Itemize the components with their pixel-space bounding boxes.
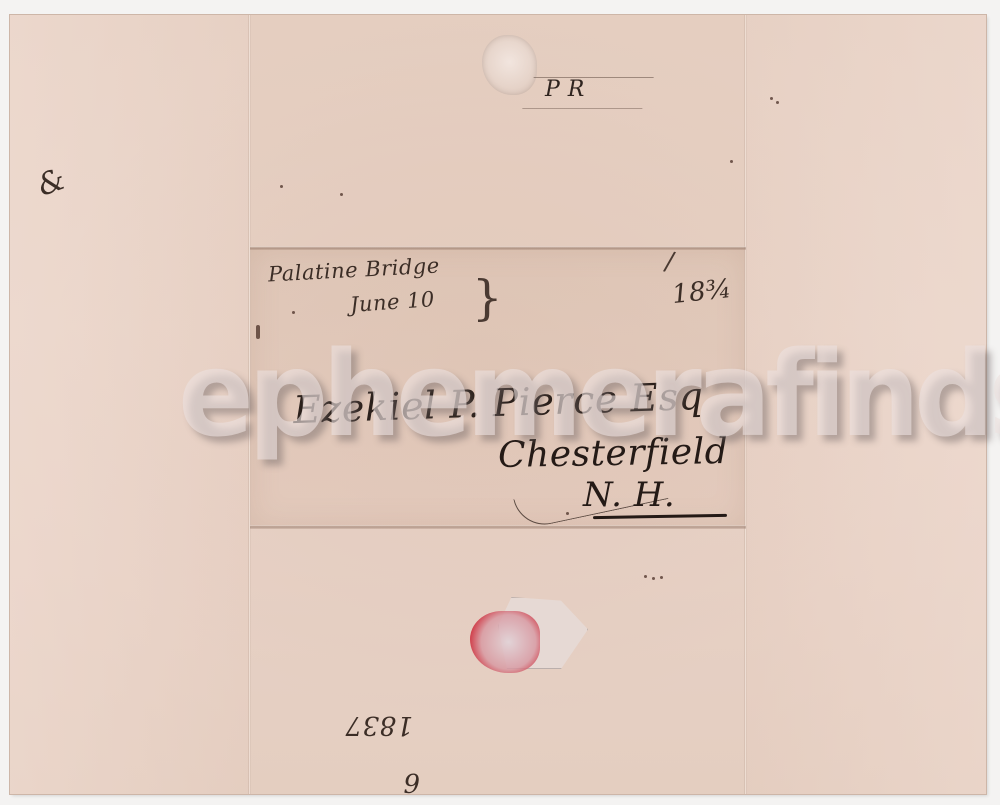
- origin-brace: }: [472, 270, 503, 326]
- address-state: N. H.: [583, 475, 675, 515]
- foxing-spot: [660, 576, 663, 579]
- inverted-year: 1837: [345, 710, 413, 740]
- foxing-spot: [776, 101, 779, 104]
- foxing-spot: [566, 512, 569, 515]
- address-town: Chesterfield: [498, 431, 729, 476]
- foxing-spot: [644, 575, 647, 578]
- inverted-numeral: 6: [403, 767, 420, 794]
- foxing-spot: [730, 160, 733, 163]
- foxing-spot: [652, 577, 655, 580]
- postage-rate: 18¾: [671, 274, 734, 310]
- fold-line-bottom: [250, 525, 746, 529]
- foxing-spot: [340, 193, 343, 196]
- ink-blot: [256, 325, 260, 339]
- foxing-spot: [280, 185, 283, 188]
- letter-sheet: P R & / Palatine Bridge June 10 } 18¾ Ez…: [10, 15, 986, 794]
- fold-line-right: [744, 15, 747, 794]
- foxing-spot: [770, 97, 773, 100]
- top-flap-edge: [522, 77, 654, 109]
- left-fold-panel: [10, 15, 250, 794]
- top-flap-initials: P R: [545, 77, 585, 102]
- foxing-spot: [292, 311, 295, 314]
- right-fold-panel: [746, 15, 986, 794]
- fold-line-left: [248, 15, 251, 794]
